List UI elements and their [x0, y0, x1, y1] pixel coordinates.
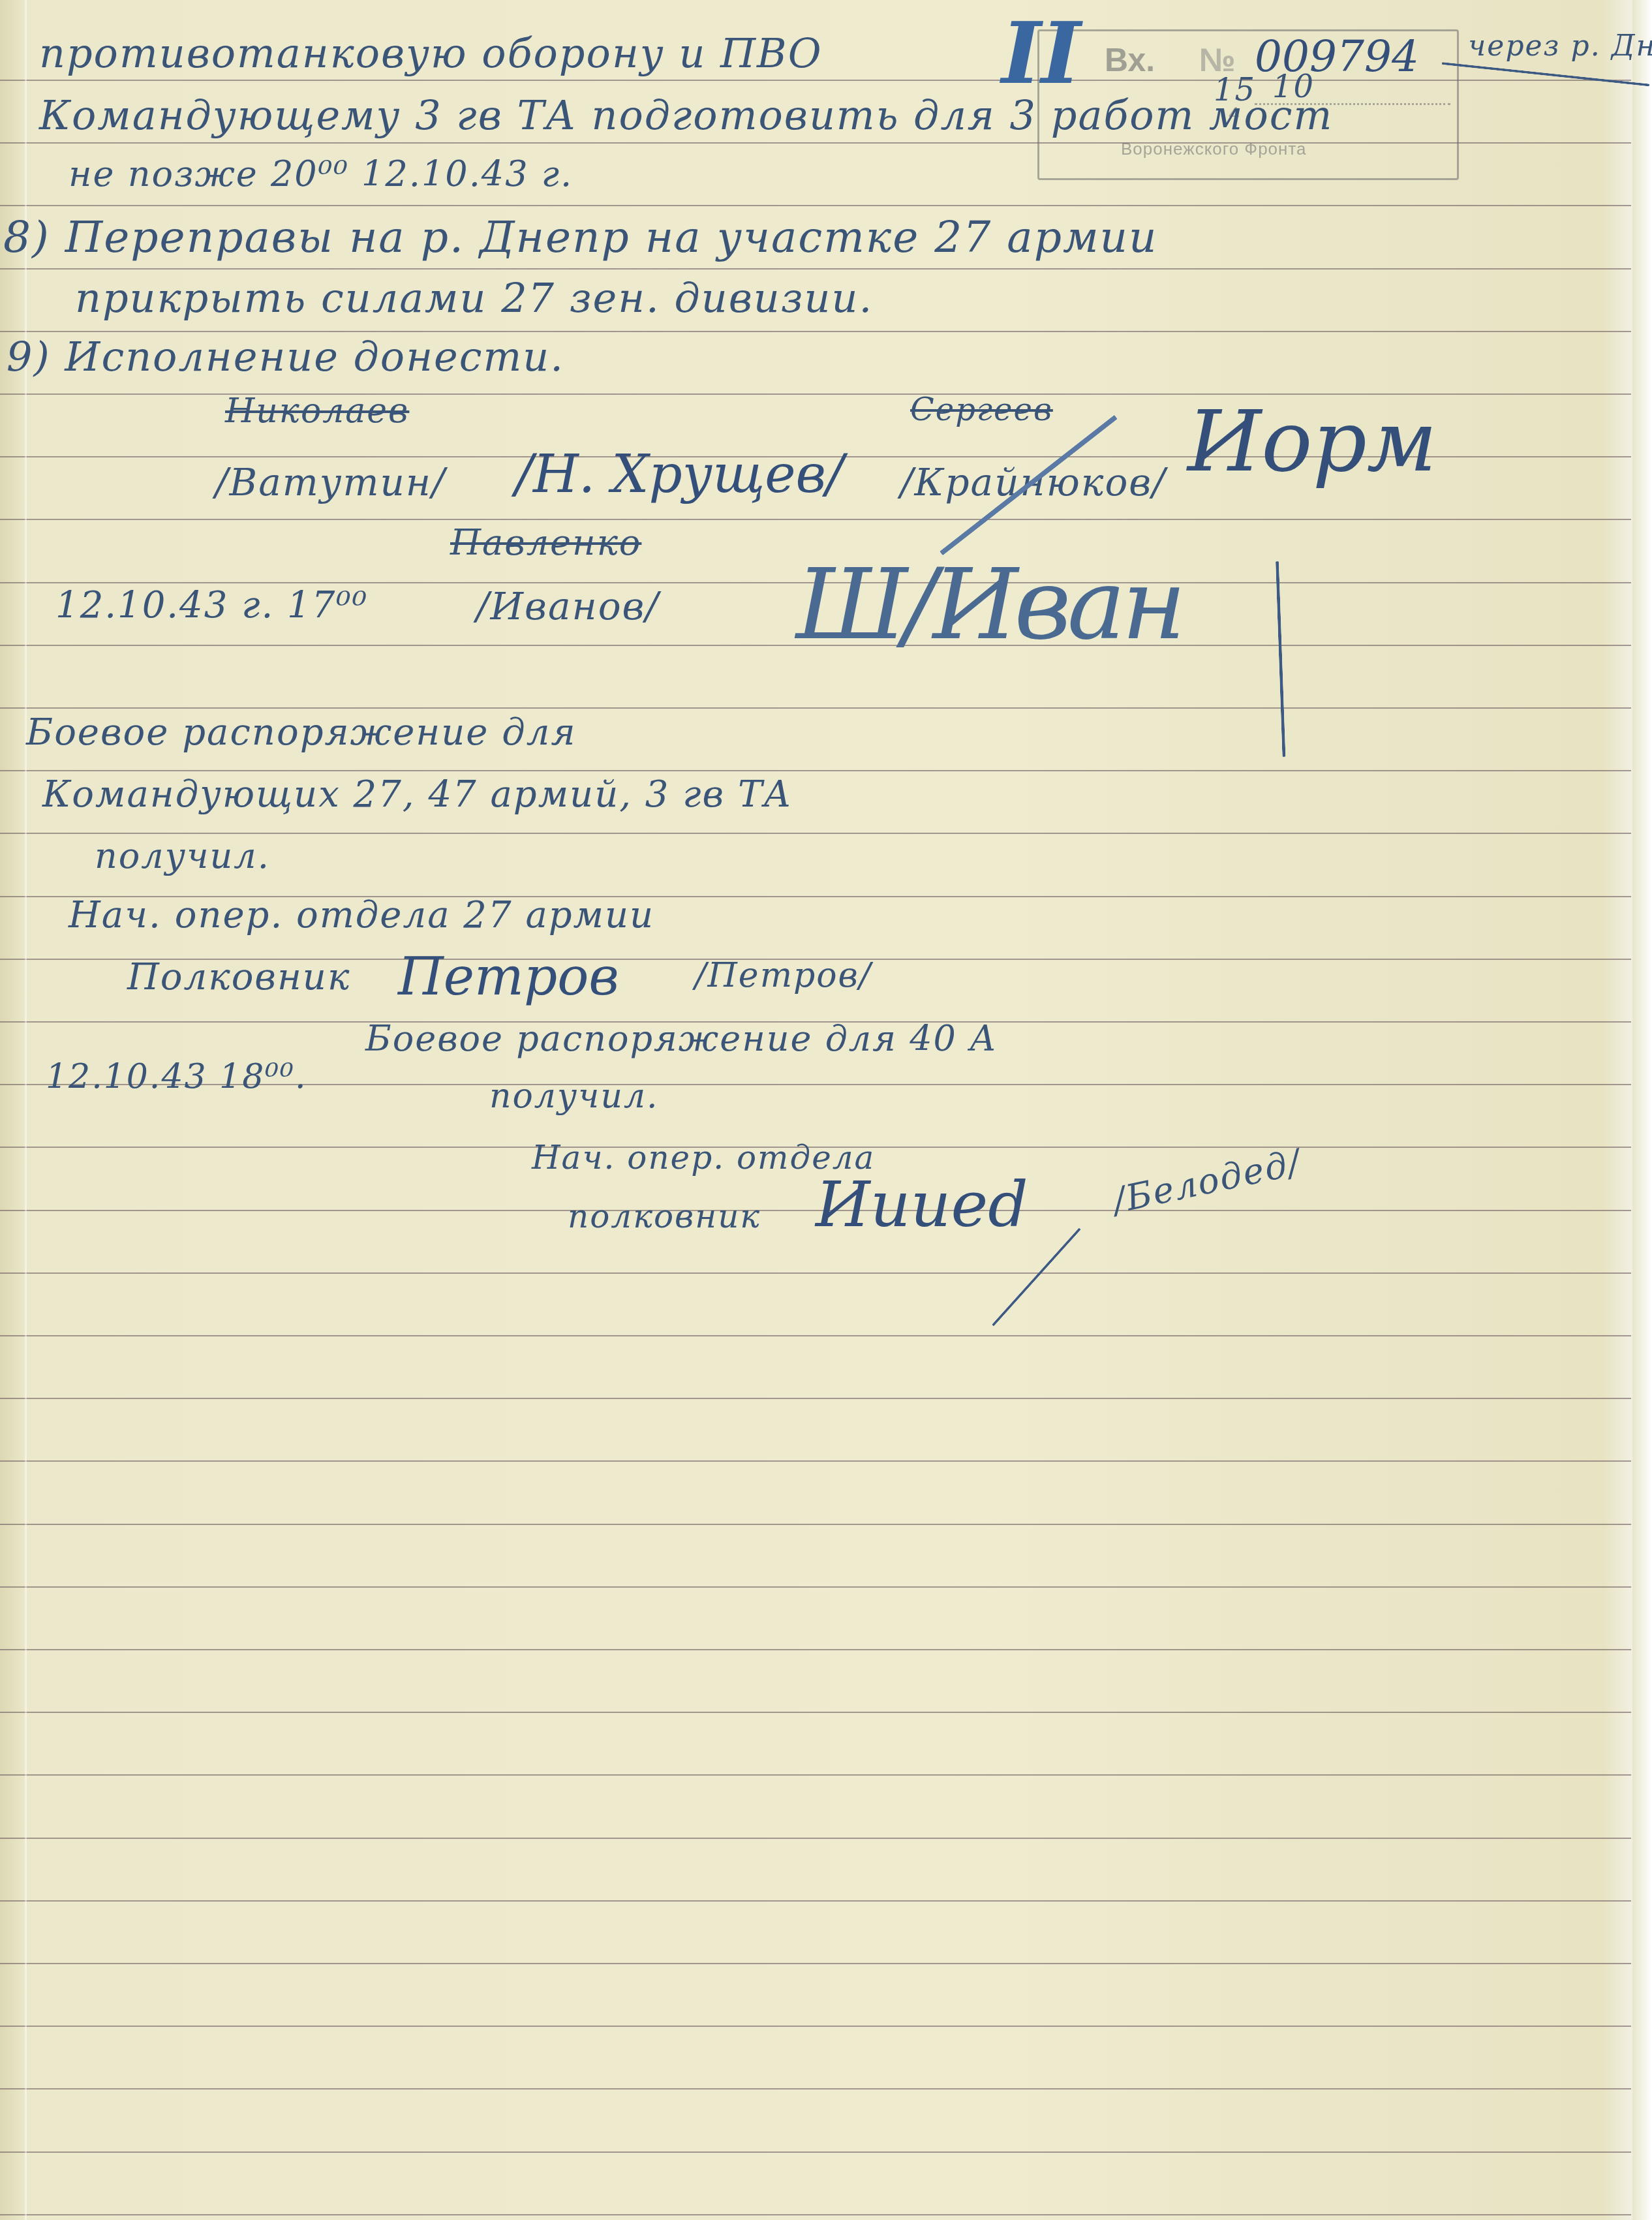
- ruled-line: [0, 833, 1631, 834]
- ruled-line: [0, 1586, 1631, 1588]
- ruled-line: [0, 1963, 1631, 1964]
- ruled-line: [0, 2151, 1631, 2153]
- signature-petrov: Петров: [398, 946, 619, 1007]
- body-line-2: Командующему 3 гв ТА подготовить для 3 р…: [39, 91, 1333, 139]
- receipt1-name: /Петров/: [695, 956, 872, 995]
- ruled-line: [0, 519, 1631, 520]
- receipt2-line-1: Боевое распоряжение для 40 А: [365, 1018, 998, 1059]
- ruled-line: [0, 2026, 1631, 2027]
- ruled-line: [0, 707, 1631, 709]
- receipt1-line-3: получил.: [95, 835, 270, 876]
- signer-vatutin: /Ватутин/: [215, 460, 446, 504]
- ruled-line: [0, 2214, 1631, 2215]
- signer-ivanov: /Иванов/: [476, 584, 660, 628]
- ruled-line: [0, 1398, 1631, 1399]
- body-line-5: прикрыть силами 27 зен. дивизии.: [75, 274, 873, 322]
- ruled-line: [0, 1649, 1631, 1650]
- ruled-line: [0, 331, 1631, 332]
- stamp-incoming-label: Вх.: [1105, 41, 1155, 79]
- ruled-line: [0, 268, 1631, 270]
- ruled-line: [0, 1335, 1631, 1336]
- struck-name-sergeev: Сергеев: [910, 392, 1053, 428]
- paper-edge: [1632, 0, 1652, 2220]
- body-line-6: 9) Исполнение донести.: [7, 333, 564, 380]
- ruled-line: [0, 1900, 1631, 1902]
- receipt1-line-1: Боевое распоряжение для: [26, 711, 576, 754]
- receipt1-line-4: Нач. опер. отдела 27 армии: [69, 894, 654, 936]
- receipt2-line-4: полковник: [568, 1197, 761, 1235]
- top-right-note: через р. Днепр: [1468, 29, 1652, 63]
- body-line-3: не позже 20⁰⁰ 12.10.43 г.: [69, 153, 573, 194]
- ruled-line: [0, 1524, 1631, 1525]
- ruled-line: [0, 1774, 1631, 1776]
- signature-ivanov-pencil: Ш/Иван: [796, 548, 1182, 662]
- stamp-issuer: Воронежского Фронта: [1121, 139, 1306, 159]
- ruled-line: [0, 2088, 1631, 2089]
- body-line-1: противотанковую оборону и ПВО: [39, 29, 823, 77]
- document-page: Вх. № 009794 4 Воронежского Фронта 15 10…: [0, 0, 1652, 2220]
- struck-name-pavlenko: Павленко: [450, 522, 641, 563]
- receipt1-line-2: Командующих 27, 47 армий, 3 гв ТА: [42, 773, 793, 816]
- receipt2-datetime: 12.10.43 18⁰⁰.: [46, 1057, 307, 1096]
- signature-khrushchev: /Н. Хрущев/: [515, 444, 844, 504]
- ruled-line: [0, 205, 1631, 206]
- ruled-line: [0, 1460, 1631, 1462]
- ruled-line: [0, 1838, 1631, 1839]
- receipt2-line-2: получил.: [489, 1077, 659, 1116]
- struck-name-nikolaev: Николаев: [225, 392, 409, 431]
- margin-mark-roman-two: II: [1002, 3, 1081, 103]
- receipt1-line-5: Полковник: [127, 956, 350, 998]
- ruled-line: [0, 1712, 1631, 1713]
- signature-krainyukov-mark: Иорм: [1187, 392, 1437, 491]
- body-line-4: 8) Переправы на р. Днепр на участке 27 а…: [3, 212, 1158, 262]
- ruled-line: [0, 1272, 1631, 1274]
- signature-datetime: 12.10.43 г. 17⁰⁰: [55, 584, 368, 626]
- signature-belodед: Иииed: [816, 1168, 1028, 1241]
- ruled-line: [0, 770, 1631, 771]
